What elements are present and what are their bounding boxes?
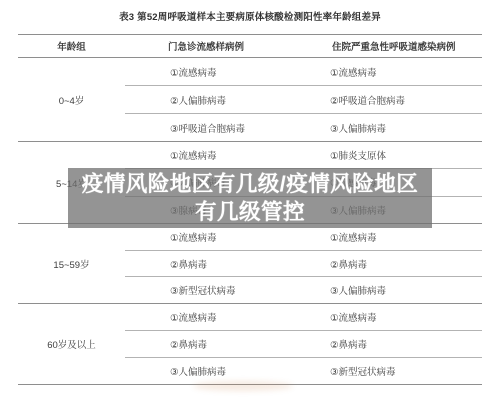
- table-row-age-15-59: 15~59岁 ①流感病毒 ①流感病毒 ②鼻病毒 ②鼻病毒 ③新型冠状病毒 ③人偏…: [18, 224, 482, 304]
- age-group-label: 0~4岁: [18, 58, 125, 141]
- inpatient-rank-2: ②鼻病毒: [330, 337, 367, 351]
- outpatient-rank-2: ②鼻病毒: [170, 257, 207, 271]
- outpatient-rank-2: ②人偏肺病毒: [170, 93, 226, 107]
- faint-watermark-smudge: [193, 381, 293, 391]
- outpatient-rank-1: ①流感病毒: [170, 65, 217, 79]
- outpatient-rank-1: ①流感病毒: [170, 230, 217, 244]
- inpatient-rank-1: ①肺炎支原体: [330, 148, 386, 162]
- table-subrow: ②鼻病毒 ②鼻病毒: [125, 331, 482, 358]
- header-age-group: 年龄组: [18, 35, 125, 57]
- outpatient-rank-2: ②鼻病毒: [170, 337, 207, 351]
- table-row-age-60-plus: 60岁及以上 ①流感病毒 ①流感病毒 ②鼻病毒 ②鼻病毒 ③人偏肺病毒 ③新型冠…: [18, 304, 482, 385]
- table-subrow: ②人偏肺病毒 ②呼吸道合胞病毒: [125, 86, 482, 114]
- inpatient-rank-2: ②鼻病毒: [330, 257, 367, 271]
- table-subrow: ①流感病毒 ①流感病毒: [125, 58, 482, 86]
- table-header-row: 年龄组 门急诊流感样病例 住院严重急性呼吸道感染病例: [18, 35, 482, 58]
- inpatient-rank-3: ③人偏肺病毒: [330, 121, 386, 135]
- outpatient-rank-1: ①流感病毒: [170, 148, 217, 162]
- header-outpatient-ili-cases: 门急诊流感样病例: [168, 39, 244, 53]
- inpatient-rank-3: ③人偏肺病毒: [330, 283, 386, 297]
- inpatient-rank-1: ①流感病毒: [330, 65, 377, 79]
- inpatient-rank-3: ③新型冠状病毒: [330, 364, 396, 378]
- age-group-label: 60岁及以上: [18, 304, 125, 384]
- outpatient-rank-3: ③新型冠状病毒: [170, 283, 236, 297]
- outpatient-rank-3: ③人偏肺病毒: [170, 364, 226, 378]
- table-subrow: ③呼吸道合胞病毒 ③人偏肺病毒: [125, 114, 482, 141]
- outpatient-rank-1: ①流感病毒: [170, 310, 217, 324]
- outpatient-rank-3: ③呼吸道合胞病毒: [170, 121, 245, 135]
- headline-line-2: 有几级管控: [195, 198, 305, 226]
- age-group-label: 15~59岁: [18, 224, 125, 303]
- inpatient-rank-1: ①流感病毒: [330, 230, 377, 244]
- table-title: 表3 第52周呼吸道样本主要病原体核酸检测阳性率年龄组差异: [0, 9, 500, 23]
- inpatient-rank-1: ①流感病毒: [330, 310, 377, 324]
- table-subrow: ②鼻病毒 ②鼻病毒: [125, 251, 482, 278]
- table-subrow: ①流感病毒 ①流感病毒: [125, 224, 482, 251]
- table-subrow: ①流感病毒 ①流感病毒: [125, 304, 482, 331]
- table-subrow: ③新型冠状病毒 ③人偏肺病毒: [125, 277, 482, 303]
- header-inpatient-sari-cases: 住院严重急性呼吸道感染病例: [332, 39, 456, 53]
- headline-line-1: 疫情风险地区有几级/疫情风险地区: [82, 170, 418, 198]
- table-subrow: ①流感病毒 ①肺炎支原体: [125, 142, 482, 169]
- table-row-age-0-4: 0~4岁 ①流感病毒 ①流感病毒 ②人偏肺病毒 ②呼吸道合胞病毒 ③呼吸道合胞病…: [18, 58, 482, 142]
- inpatient-rank-2: ②呼吸道合胞病毒: [330, 93, 405, 107]
- headline-overlay: 疫情风险地区有几级/疫情风险地区 有几级管控: [68, 168, 432, 228]
- table-subrow: ③人偏肺病毒 ③新型冠状病毒: [125, 358, 482, 384]
